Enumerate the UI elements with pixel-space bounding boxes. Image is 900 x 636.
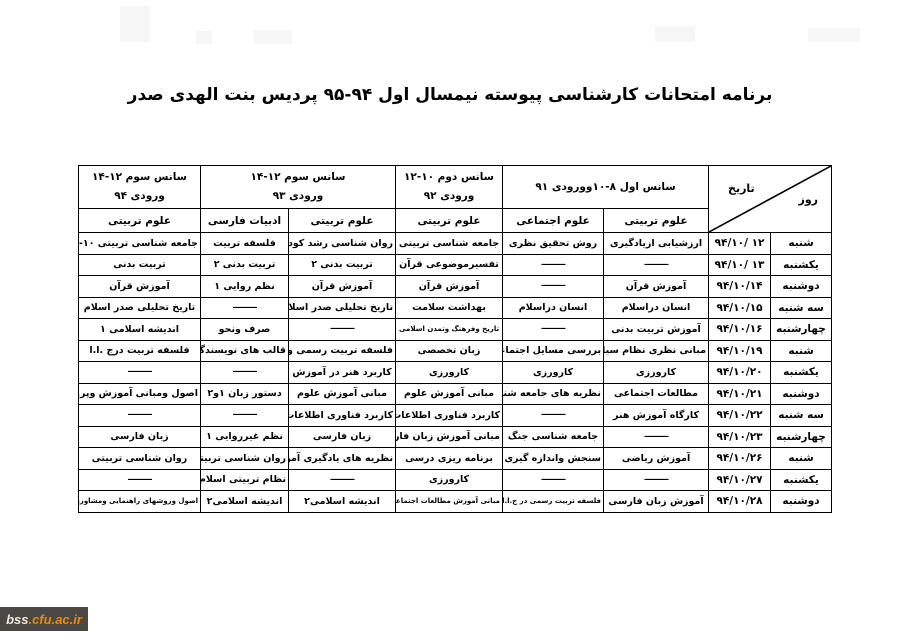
empty-cell: ——— [503, 405, 604, 427]
course-cell: آموزش قرآن [289, 276, 396, 298]
day-cell: شنبه [771, 448, 832, 470]
table-row: شنبه۹۴/۱۰/۱۹مبانی نظری نظام سیاسیبررسی م… [79, 340, 832, 362]
empty-cell: ——— [201, 297, 289, 319]
watermark-suffix: .cfu.ac.ir [28, 612, 81, 627]
course-cell: روان شناسی تربیتی [201, 448, 289, 470]
scan-artifact [808, 28, 860, 42]
course-cell: نظریه های جامعه شناسی [503, 383, 604, 405]
course-cell: تربیت بدنی [79, 254, 201, 276]
date-cell: ۹۴/۱۰/۱۵ [709, 297, 771, 319]
day-cell: چهارشنبه [771, 426, 832, 448]
day-cell: چهارشنبه [771, 319, 832, 341]
day-cell: دوشنبه [771, 491, 832, 513]
course-cell: فلسفه تربیت درج .ا.ا [79, 340, 201, 362]
scan-artifact [120, 6, 150, 42]
session-header-entry-92: سانس دوم ۱۰-۱۲ورودی ۹۲ [396, 166, 503, 209]
empty-cell: ——— [79, 469, 201, 491]
course-cell: اندیشه اسلامی۲ [289, 491, 396, 513]
course-cell: زبان فارسی [79, 426, 201, 448]
table-row: سه شنبه۹۴/۱۰/۱۵انسان دراسلامانسان دراسلا… [79, 297, 832, 319]
table-row: شنبه۹۴/۱۰/ ۱۲ارزشیابی ازیادگیریروش تحقیق… [79, 233, 832, 255]
course-cell: مبانی نظری نظام سیاسی [604, 340, 709, 362]
empty-cell: ——— [201, 405, 289, 427]
scan-artifact [196, 31, 212, 44]
table-row: شنبه۹۴/۱۰/۲۶آموزش ریاضیسنجش واندازه گیری… [79, 448, 832, 470]
course-cell: نظریه های یادگیری آموزش [289, 448, 396, 470]
field-header: علوم تربیتی [289, 209, 396, 233]
course-cell: مطالعات اجتماعی [604, 383, 709, 405]
course-cell: ارزشیابی ازیادگیری [604, 233, 709, 255]
day-header-label: روز [799, 193, 819, 206]
corner-day-date-cell: تاریخ روز [709, 166, 832, 233]
course-cell: نظام تربیتی اسلام [201, 469, 289, 491]
course-cell: اندیشه اسلامی ۱ [79, 319, 201, 341]
empty-cell: ——— [604, 469, 709, 491]
course-cell: کاربرد فناوری اطلاعات [396, 405, 503, 427]
day-cell: دوشنبه [771, 383, 832, 405]
empty-cell: ——— [604, 426, 709, 448]
table-row: چهارشنبه۹۴/۱۰/۱۶آموزش تربیت بدنی———تاریخ… [79, 319, 832, 341]
date-cell: ۹۴/۱۰/ ۱۲ [709, 233, 771, 255]
course-cell: فلسفه تربیت رسمی وعمومی [289, 340, 396, 362]
course-cell: مبانی آموزش علوم [289, 383, 396, 405]
date-cell: ۹۴/۱۰/۲۰ [709, 362, 771, 384]
date-cell: ۹۴/۱۰/ ۱۳ [709, 254, 771, 276]
day-cell: یکشنبه [771, 254, 832, 276]
course-cell: کارورزی [604, 362, 709, 384]
field-header: ادبیات فارسی [201, 209, 289, 233]
page-title: برنامه امتحانات کارشناسی پیوسته نیمسال ا… [0, 85, 900, 105]
course-cell: روان شناسی رشد کودک [289, 233, 396, 255]
day-cell: شنبه [771, 340, 832, 362]
course-cell: آموزش قرآن [79, 276, 201, 298]
empty-cell: ——— [201, 362, 289, 384]
session-header-line: سانس دوم ۱۰-۱۲ [398, 168, 500, 187]
course-cell: نظم غیرروایی ۱ [201, 426, 289, 448]
course-cell: زبان تخصصی [396, 340, 503, 362]
table-row: دوشنبه۹۴/۱۰/۲۱مطالعات اجتماعینظریه های ج… [79, 383, 832, 405]
day-cell: سه شنبه [771, 405, 832, 427]
course-cell: جامعه شناسی تربیتی [396, 233, 503, 255]
scan-artifact [254, 30, 292, 44]
course-cell: کارورزی [503, 362, 604, 384]
empty-cell: ——— [79, 362, 201, 384]
date-cell: ۹۴/۱۰/۲۲ [709, 405, 771, 427]
empty-cell: ——— [503, 469, 604, 491]
day-cell: سه شنبه [771, 297, 832, 319]
date-cell: ۹۴/۱۰/۱۹ [709, 340, 771, 362]
date-cell: ۹۴/۱۰/۲۱ [709, 383, 771, 405]
course-cell: روش تحقیق نظری [503, 233, 604, 255]
empty-cell: ——— [289, 469, 396, 491]
session-header-line: ورودی ۹۴ [81, 187, 198, 206]
session-header-line: سانس اول ۸-۱۰وورودی ۹۱ [505, 178, 706, 197]
date-cell: ۹۴/۱۰/۱۶ [709, 319, 771, 341]
course-cell: اصول وروشهای راهنمایی ومشاوره [79, 491, 201, 513]
course-cell: برنامه ریزی درسی [396, 448, 503, 470]
field-header: علوم تربیتی [79, 209, 201, 233]
field-header: علوم تربیتی [396, 209, 503, 233]
table-row: چهارشنبه۹۴/۱۰/۲۳———جامعه شناسی جنگمبانی … [79, 426, 832, 448]
day-cell: یکشنبه [771, 469, 832, 491]
session-header-line: سانس سوم ۱۲-۱۴ [203, 168, 393, 187]
empty-cell: ——— [79, 405, 201, 427]
course-cell: بررسی مسایل اجتماعی [503, 340, 604, 362]
watermark-prefix: bss [6, 612, 28, 627]
scan-artifact [655, 26, 695, 42]
course-cell: کارورزی [396, 362, 503, 384]
course-cell: تفسیرموضوعی قرآن [396, 254, 503, 276]
course-cell: سنجش واندازه گیری [503, 448, 604, 470]
table-row: یکشنبه۹۴/۱۰/ ۱۳——————تفسیرموضوعی قرآنترب… [79, 254, 832, 276]
course-cell: مبانی آموزش علوم [396, 383, 503, 405]
table-row: سه شنبه۹۴/۱۰/۲۲کارگاه آموزش هنر———کاربرد… [79, 405, 832, 427]
session-header-entry-93: سانس سوم ۱۲-۱۴ورودی ۹۳ [201, 166, 396, 209]
course-cell: روان شناسی تربیتی [79, 448, 201, 470]
field-header: علوم اجتماعی [503, 209, 604, 233]
page: { "title": "برنامه امتحانات کارشناسی پیو… [0, 0, 900, 636]
session-header-line: ورودی ۹۳ [203, 187, 393, 206]
course-cell: مبانی آموزش مطالعات اجتماعی [396, 491, 503, 513]
table-row: دوشنبه۹۴/۱۰/۲۸آموزش زبان فارسیفلسفه تربی… [79, 491, 832, 513]
watermark-badge: bss.cfu.ac.ir [0, 607, 88, 631]
day-cell: شنبه [771, 233, 832, 255]
course-cell: تربیت بدنی ۲ [289, 254, 396, 276]
course-cell: مبانی آموزش زبان فارسی [396, 426, 503, 448]
course-cell: قالب های نویسندگی [201, 340, 289, 362]
course-cell: دستور زبان ۱و۲ [201, 383, 289, 405]
table-row: یکشنبه۹۴/۱۰/۲۰کارورزیکارورزیکارورزیکاربر… [79, 362, 832, 384]
exam-schedule-table: تاریخ روز سانس اول ۸-۱۰وورودی ۹۱ سانس دو… [78, 165, 832, 513]
course-cell: اندیشه اسلامی۲ [201, 491, 289, 513]
date-cell: ۹۴/۱۰/۲۸ [709, 491, 771, 513]
day-cell: یکشنبه [771, 362, 832, 384]
session-header-line: سانس سوم ۱۲-۱۴ [81, 168, 198, 187]
course-cell: کاربرد هنر در آموزش [289, 362, 396, 384]
course-cell: تاریخ تحلیلی صدر اسلام [289, 297, 396, 319]
table-row: دوشنبه۹۴/۱۰/۱۴آموزش قرآن———آموزش قرآنآمو… [79, 276, 832, 298]
course-cell: بهداشت سلامت [396, 297, 503, 319]
date-cell: ۹۴/۱۰/۱۴ [709, 276, 771, 298]
session-header-row: تاریخ روز سانس اول ۸-۱۰وورودی ۹۱ سانس دو… [79, 166, 832, 209]
date-cell: ۹۴/۱۰/۲۷ [709, 469, 771, 491]
course-cell: تربیت بدنی ۲ [201, 254, 289, 276]
course-cell: آموزش تربیت بدنی [604, 319, 709, 341]
empty-cell: ——— [289, 319, 396, 341]
course-cell: کارگاه آموزش هنر [604, 405, 709, 427]
session-header-entry-94: سانس سوم ۱۲-۱۴ورودی ۹۴ [79, 166, 201, 209]
course-cell: صرف ونحو [201, 319, 289, 341]
empty-cell: ——— [503, 319, 604, 341]
course-cell: آموزش ریاضی [604, 448, 709, 470]
course-cell: فلسفه تربیت [201, 233, 289, 255]
course-cell: تاریخ تحلیلی صدر اسلام [79, 297, 201, 319]
table-row: یکشنبه۹۴/۱۰/۲۷——————کارورزی———نظام تربیت… [79, 469, 832, 491]
day-cell: دوشنبه [771, 276, 832, 298]
course-cell: آموزش قرآن [604, 276, 709, 298]
course-cell: انسان دراسلام [604, 297, 709, 319]
course-cell: کاربرد فناوری اطلاعات [289, 405, 396, 427]
empty-cell: ——— [503, 276, 604, 298]
session-header-line: ورودی ۹۲ [398, 187, 500, 206]
course-cell: فلسفه تربیت رسمی در ج.ا.ا [503, 491, 604, 513]
field-header: علوم تربیتی [604, 209, 709, 233]
empty-cell: ——— [503, 254, 604, 276]
date-header-label: تاریخ [728, 182, 755, 195]
course-cell: جامعه شناسی تربیتی ۱۰-۱۲ [79, 233, 201, 255]
course-cell: آموزش زبان فارسی [604, 491, 709, 513]
empty-cell: ——— [604, 254, 709, 276]
course-cell: آموزش قرآن [396, 276, 503, 298]
course-cell: جامعه شناسی جنگ [503, 426, 604, 448]
date-cell: ۹۴/۱۰/۲۶ [709, 448, 771, 470]
course-cell: تاریخ وفرهنگ وتمدن اسلامی [396, 319, 503, 341]
course-cell: زبان فارسی [289, 426, 396, 448]
course-cell: انسان دراسلام [503, 297, 604, 319]
course-cell: نظم روایی ۱ [201, 276, 289, 298]
date-cell: ۹۴/۱۰/۲۳ [709, 426, 771, 448]
session-header-entry-91: سانس اول ۸-۱۰وورودی ۹۱ [503, 166, 709, 209]
course-cell: اصول ومبانی آموزش وپرورش [79, 383, 201, 405]
course-cell: کارورزی [396, 469, 503, 491]
